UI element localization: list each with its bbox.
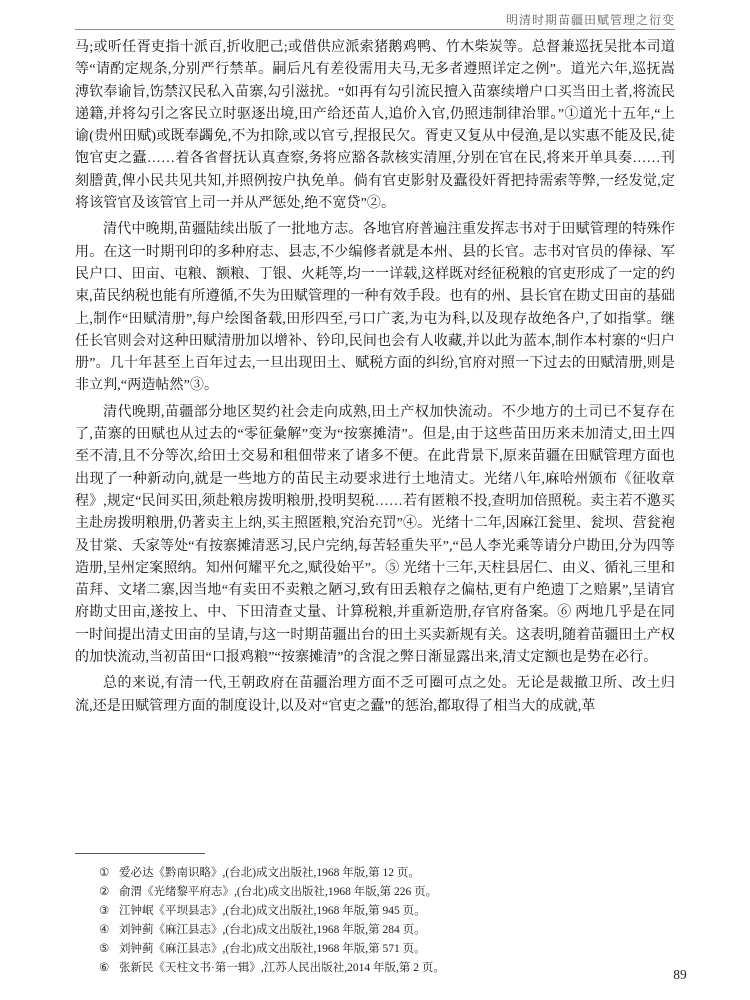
footnote-number: ② bbox=[99, 883, 119, 902]
paragraph-local-gazetteers: 清代中晚期,苗疆陆续出版了一批地方志。各地官府普遍注重发挥志书对于田赋管理的特殊… bbox=[75, 219, 675, 397]
footnote-number: ⑤ bbox=[99, 940, 119, 959]
footnote-text: 刘钟蓟《麻江县志》,(台北)成文出版社,1968 年版,第 284 页。 bbox=[119, 921, 675, 940]
footnote-text: 张新民《天柱文书·第一辑》,江苏人民出版社,2014 年版,第 2 页。 bbox=[119, 959, 675, 978]
footnote-text: 刘钟蓟《麻江县志》,(台北)成文出版社,1968 年版,第 571 页。 bbox=[119, 940, 675, 959]
footnote-item-5: ⑤ 刘钟蓟《麻江县志》,(台北)成文出版社,1968 年版,第 571 页。 bbox=[75, 940, 675, 959]
footnote-divider bbox=[75, 853, 205, 854]
footnote-text: 爱必达《黔南识略》,(台北)成文出版社,1968 年版,第 12 页。 bbox=[119, 864, 675, 883]
paragraph-land-survey: 清代晚期,苗疆部分地区契约社会走向成熟,田土产权加快流动。不少地方的土司已不复存… bbox=[75, 402, 675, 670]
footnote-item-3: ③ 江钟岷《平坝县志》,(台北)成文出版社,1968 年版,第 945 页。 bbox=[75, 902, 675, 921]
footnote-text: 俞渭《光绪黎平府志》,(台北)成文出版社,1968 年版,第 226 页。 bbox=[119, 883, 675, 902]
footnote-item-1: ① 爱必达《黔南识略》,(台北)成文出版社,1968 年版,第 12 页。 bbox=[75, 864, 675, 883]
article-body: 马;或听任胥吏指十派百,折收肥己;或借供应派索猪鹅鸡鸭、竹木柴炭等。总督兼巡抚吴… bbox=[75, 37, 675, 718]
paragraph-continuation: 马;或听任胥吏指十派百,折收肥己;或借供应派索猪鹅鸡鸭、竹木柴炭等。总督兼巡抚吴… bbox=[75, 37, 675, 215]
document-page: 明清时期苗疆田赋管理之衍变 马;或听任胥吏指十派百,折收肥己;或借供应派索猪鹅鸡… bbox=[0, 0, 750, 1000]
footnote-text: 江钟岷《平坝县志》,(台北)成文出版社,1968 年版,第 945 页。 bbox=[119, 902, 675, 921]
footnote-number: ③ bbox=[99, 902, 119, 921]
footnotes-section: ① 爱必达《黔南识略》,(台北)成文出版社,1968 年版,第 12 页。 ② … bbox=[75, 853, 675, 978]
footnote-number: ④ bbox=[99, 921, 119, 940]
running-header-title: 明清时期苗疆田赋管理之衍变 bbox=[75, 11, 675, 28]
footnote-item-6: ⑥ 张新民《天柱文书·第一辑》,江苏人民出版社,2014 年版,第 2 页。 bbox=[75, 959, 675, 978]
footnote-item-2: ② 俞渭《光绪黎平府志》,(台北)成文出版社,1968 年版,第 226 页。 bbox=[75, 883, 675, 902]
paragraph-conclusion: 总的来说,有清一代,王朝政府在苗疆治理方面不乏可圈可点之处。无论是裁撤卫所、改土… bbox=[75, 673, 675, 718]
header-rule bbox=[75, 29, 675, 30]
footnote-number: ⑥ bbox=[99, 959, 119, 978]
footnote-number: ① bbox=[99, 864, 119, 883]
footnote-item-4: ④ 刘钟蓟《麻江县志》,(台北)成文出版社,1968 年版,第 284 页。 bbox=[75, 921, 675, 940]
page-number: 89 bbox=[660, 967, 700, 983]
